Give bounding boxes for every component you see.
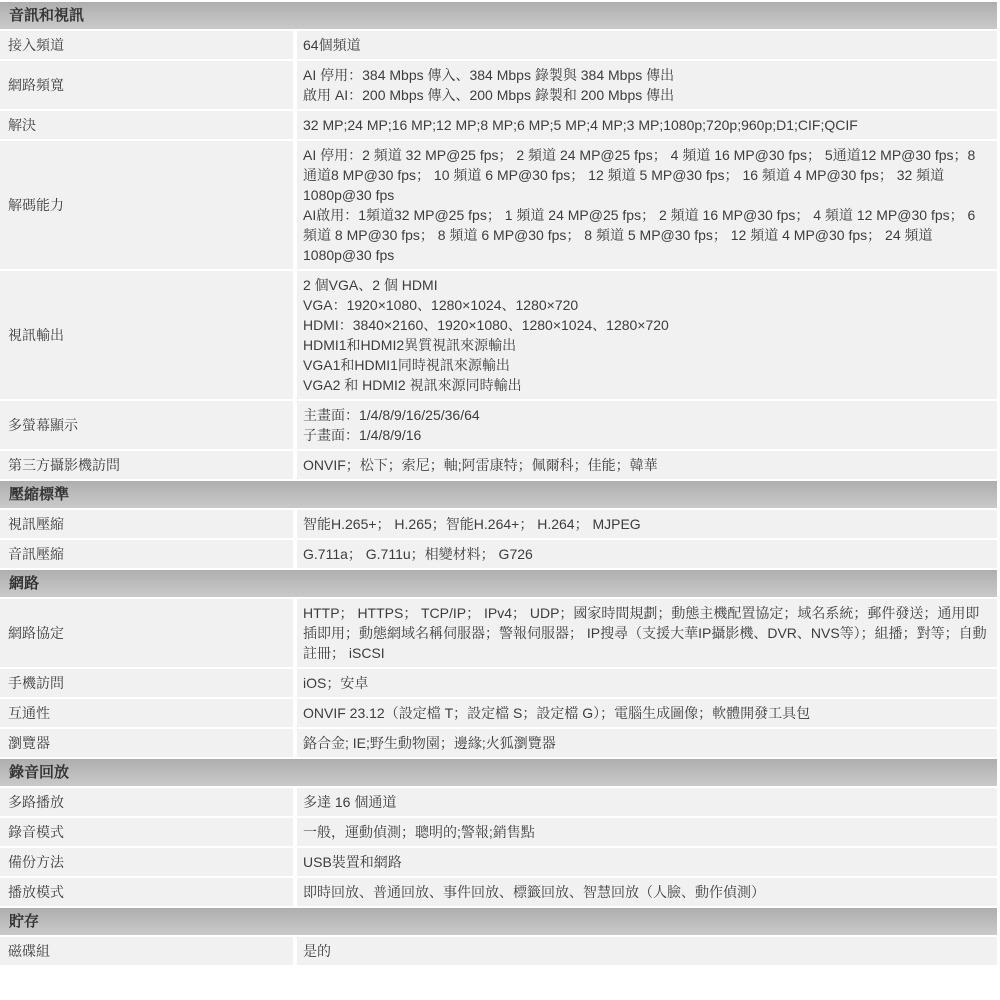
spec-value: 2 個VGA、2 個 HDMI VGA：1920×1080、1280×1024、…: [297, 271, 997, 399]
spec-value: iOS；安卓: [297, 669, 997, 697]
spec-label: 互通性: [0, 699, 293, 727]
spec-row-audio-compression: 音訊壓縮 G.711a； G.711u；相變材料； G726: [0, 540, 997, 568]
spec-row-backup-method: 備份方法 USB裝置和網路: [0, 848, 997, 876]
spec-value: 一般，運動偵測；聰明的;警報;銷售點: [297, 818, 997, 846]
spec-value: USB裝置和網路: [297, 848, 997, 876]
spec-row-resolution: 解決 32 MP;24 MP;16 MP;12 MP;8 MP;6 MP;5 M…: [0, 111, 997, 139]
spec-row-video-compression: 視訊壓縮 智能H.265+； H.265；智能H.264+； H.264； MJ…: [0, 510, 997, 538]
spec-label: 視訊壓縮: [0, 510, 293, 538]
spec-value: 多達 16 個通道: [297, 788, 997, 816]
spec-label: 第三方攝影機訪問: [0, 451, 293, 479]
spec-label: 手機訪問: [0, 669, 293, 697]
spec-row-multi-screen-display: 多螢幕顯示 主畫面：1/4/8/9/16/25/36/64 子畫面：1/4/8/…: [0, 401, 997, 449]
spec-row-disk-group: 磁碟組 是的: [0, 937, 997, 965]
spec-label: 解碼能力: [0, 141, 293, 269]
spec-label: 視訊輸出: [0, 271, 293, 399]
section-header-audio-video: 音訊和視訊: [0, 2, 997, 29]
spec-row-mobile-access: 手機訪問 iOS；安卓: [0, 669, 997, 697]
section-header-storage: 貯存: [0, 908, 997, 935]
section-header-record-playback: 錄音回放: [0, 759, 997, 786]
spec-value: 鉻合金; IE;野生動物園；邊緣;火狐瀏覽器: [297, 729, 997, 757]
spec-value: 即時回放、普通回放、事件回放、標籤回放、智慧回放（人臉、動作偵測）: [297, 878, 997, 906]
spec-label: 解決: [0, 111, 293, 139]
spec-value: HTTP； HTTPS； TCP/IP； IPv4； UDP；國家時間規劃；動態…: [297, 599, 997, 667]
spec-value: 是的: [297, 937, 997, 965]
spec-value: 32 MP;24 MP;16 MP;12 MP;8 MP;6 MP;5 MP;4…: [297, 111, 997, 139]
spec-label: 多路播放: [0, 788, 293, 816]
spec-label: 多螢幕顯示: [0, 401, 293, 449]
spec-label: 磁碟組: [0, 937, 293, 965]
spec-value: ONVIF；松下；索尼；軸;阿雷康特；佩爾科；佳能；韓華: [297, 451, 997, 479]
spec-label: 接入頻道: [0, 31, 293, 59]
spec-label: 網路協定: [0, 599, 293, 667]
spec-table: 音訊和視訊 接入頻道 64個頻道 網路頻寬 AI 停用：384 Mbps 傳入、…: [0, 0, 1000, 965]
spec-row-network-protocol: 網路協定 HTTP； HTTPS； TCP/IP； IPv4； UDP；國家時間…: [0, 599, 997, 667]
spec-value: 64個頻道: [297, 31, 997, 59]
spec-value: AI 停用：2 頻道 32 MP@25 fps； 2 頻道 24 MP@25 f…: [297, 141, 997, 269]
spec-row-multi-channel-playback: 多路播放 多達 16 個通道: [0, 788, 997, 816]
spec-label: 錄音模式: [0, 818, 293, 846]
spec-row-browser: 瀏覽器 鉻合金; IE;野生動物園；邊緣;火狐瀏覽器: [0, 729, 997, 757]
spec-row-record-mode: 錄音模式 一般，運動偵測；聰明的;警報;銷售點: [0, 818, 997, 846]
spec-row-decoding-capacity: 解碼能力 AI 停用：2 頻道 32 MP@25 fps； 2 頻道 24 MP…: [0, 141, 997, 269]
spec-row-network-bandwidth: 網路頻寬 AI 停用：384 Mbps 傳入、384 Mbps 錄製與 384 …: [0, 61, 997, 109]
spec-label: 音訊壓縮: [0, 540, 293, 568]
spec-value: AI 停用：384 Mbps 傳入、384 Mbps 錄製與 384 Mbps …: [297, 61, 997, 109]
spec-row-third-party-camera-access: 第三方攝影機訪問 ONVIF；松下；索尼；軸;阿雷康特；佩爾科；佳能；韓華: [0, 451, 997, 479]
spec-row-video-output: 視訊輸出 2 個VGA、2 個 HDMI VGA：1920×1080、1280×…: [0, 271, 997, 399]
spec-row-access-channels: 接入頻道 64個頻道: [0, 31, 997, 59]
spec-value: G.711a； G.711u；相變材料； G726: [297, 540, 997, 568]
spec-label: 瀏覽器: [0, 729, 293, 757]
section-header-network: 網路: [0, 570, 997, 597]
spec-value: 主畫面：1/4/8/9/16/25/36/64 子畫面：1/4/8/9/16: [297, 401, 997, 449]
spec-label: 備份方法: [0, 848, 293, 876]
spec-value: 智能H.265+； H.265；智能H.264+； H.264； MJPEG: [297, 510, 997, 538]
spec-value: ONVIF 23.12（設定檔 T；設定檔 S；設定檔 G）；電腦生成圖像；軟體…: [297, 699, 997, 727]
section-header-compression-standard: 壓縮標準: [0, 481, 997, 508]
spec-row-playback-mode: 播放模式 即時回放、普通回放、事件回放、標籤回放、智慧回放（人臉、動作偵測）: [0, 878, 997, 906]
spec-label: 網路頻寬: [0, 61, 293, 109]
spec-row-interoperability: 互通性 ONVIF 23.12（設定檔 T；設定檔 S；設定檔 G）；電腦生成圖…: [0, 699, 997, 727]
spec-label: 播放模式: [0, 878, 293, 906]
